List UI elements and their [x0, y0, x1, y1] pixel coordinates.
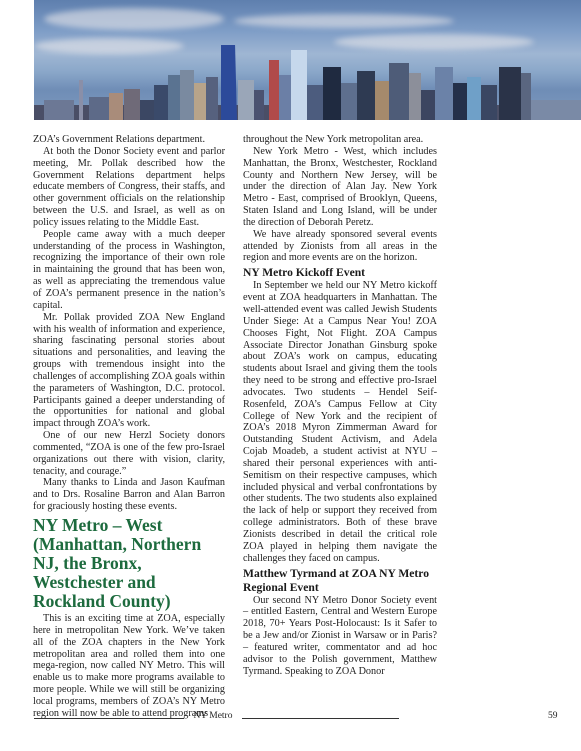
footer-section-label: NY Metro [186, 711, 240, 721]
cloud [234, 14, 454, 28]
page-number: 59 [548, 711, 558, 721]
hero-skyline-photo [34, 0, 581, 120]
paragraph: ZOA’s Government Relations department. [33, 134, 225, 146]
footer-rule-right [242, 718, 399, 719]
paragraph: Mr. Pollak provided ZOA New England with… [33, 312, 225, 430]
paragraph: throughout the New York metropolitan are… [243, 134, 437, 146]
footer-rule-left [34, 718, 184, 719]
paragraph: We have already sponsored several events… [243, 229, 437, 265]
paragraph: New York Metro - West, which includes Ma… [243, 146, 437, 229]
subheading-kickoff-event: NY Metro Kickoff Event [243, 266, 437, 280]
paragraph: People came away with a much deeper unde… [33, 229, 225, 312]
right-column: throughout the New York metropolitan are… [243, 134, 437, 677]
paragraph: One of our new Herzl Society donors comm… [33, 430, 225, 477]
cloud [44, 8, 224, 30]
skyline-icon [34, 45, 581, 120]
paragraph: Many thanks to Linda and Jason Kaufman a… [33, 477, 225, 513]
left-column: ZOA’s Government Relations department. A… [33, 134, 225, 720]
paragraph: Our second NY Metro Donor Society event … [243, 595, 437, 678]
paragraph: This is an exciting time at ZOA, especia… [33, 613, 225, 720]
paragraph: In September we held our NY Metro kickof… [243, 280, 437, 564]
subheading-tyrmand-event: Matthew Tyrmand at ZOA NY Metro Regional… [243, 567, 437, 595]
section-heading-ny-metro-west: NY Metro – West (Manhattan, Northern NJ,… [33, 516, 225, 611]
paragraph: At both the Donor Society event and parl… [33, 146, 225, 229]
